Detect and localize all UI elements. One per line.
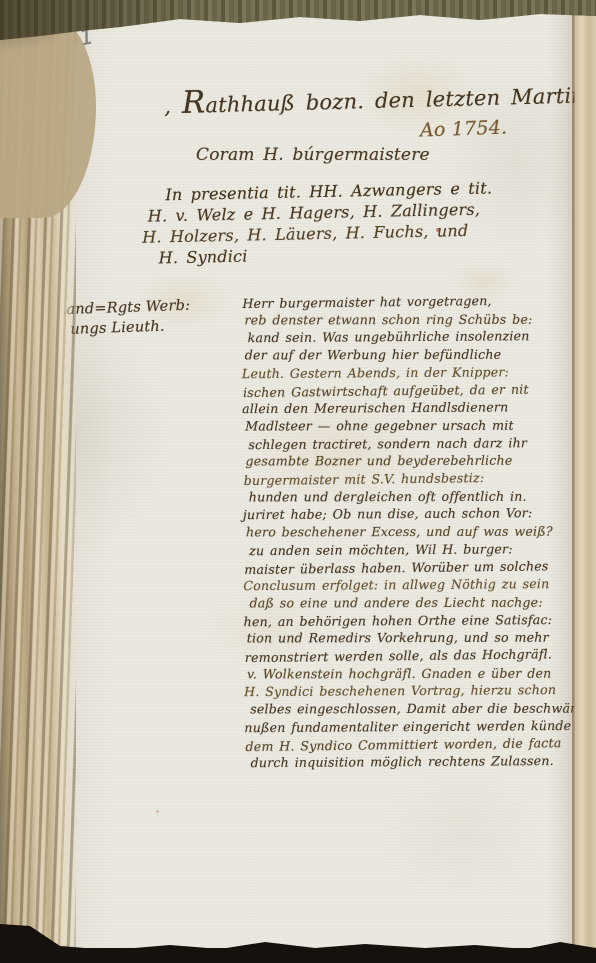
heading-year: Ao 1754. [420,116,508,141]
body-line: burgermaister mit S.V. hundsbestiz: [244,468,581,490]
body-line: juriret habe; Ob nun dise, auch schon Vo… [243,504,581,524]
body-line: v. Wolkenstein hochgräfl. Gnaden e über … [247,664,582,683]
page-sheet: 141 , Rathhauß bozn. den letzten Martii … [36,10,582,948]
heading-flourish: , [164,94,182,118]
body-line: kand sein. Was ungebührliche insolenzien [248,327,580,347]
margin-note: Land=Rgts Werb: ungs Lieuth. [56,296,191,341]
margin-note-line: ungs Lieuth. [70,316,191,340]
heading-title-text: Rathhauß bozn. den letzten Martii [181,75,578,121]
body-line: remonstriert werden solle, als das Hochg… [245,645,582,667]
body-line: der auf der Werbung hier befündliche [245,346,580,365]
body-text-block: Herr burgermaister hat vorgetragen, reb … [241,292,582,772]
body-line: durch inquisition möglich rechtens Zulas… [251,752,582,772]
heading-coram-line: Coram H. búrgermaistere [196,145,430,165]
body-line: reb denster etwann schon ring Schübs be: [244,310,579,329]
body-line: hunden und dergleichen oft offentlich in… [249,487,581,506]
heading-line: , Rathhauß bozn. den letzten Martii [164,75,579,122]
body-line: selbes eingeschlossen, Damit aber die be… [250,700,582,719]
presence-block: In presentia tit. HH. Azwangers e tit. H… [147,177,494,268]
body-line: Herr burgermaister hat vorgetragen, [242,291,579,313]
body-line: hen, an behörigen hohen Orthe eine Satis… [244,610,582,630]
body-line: daß so eine und andere des Liecht nachge… [249,593,581,612]
fore-edge-strip [572,14,596,948]
body-line: dem H. Syndico Committiert worden, die f… [245,734,582,756]
body-line: ischen Gastwirtschaft aufgeübet, da er n… [243,379,580,401]
body-line: hero beschehener Excess, und auf was wei… [246,523,581,542]
body-line: H. Syndici beschehenen Vortrag, hierzu s… [244,681,582,701]
body-line: Madlsteer — ohne gegebner ursach mit [245,416,580,435]
body-line: schlegen tractiret, sondern nach darz ih… [248,433,580,453]
manuscript-scan: 141 , Rathhauß bozn. den letzten Martii … [0,0,596,963]
body-line: maister überlass haben. Worüber um solch… [244,556,581,578]
paper-speck [156,810,159,813]
